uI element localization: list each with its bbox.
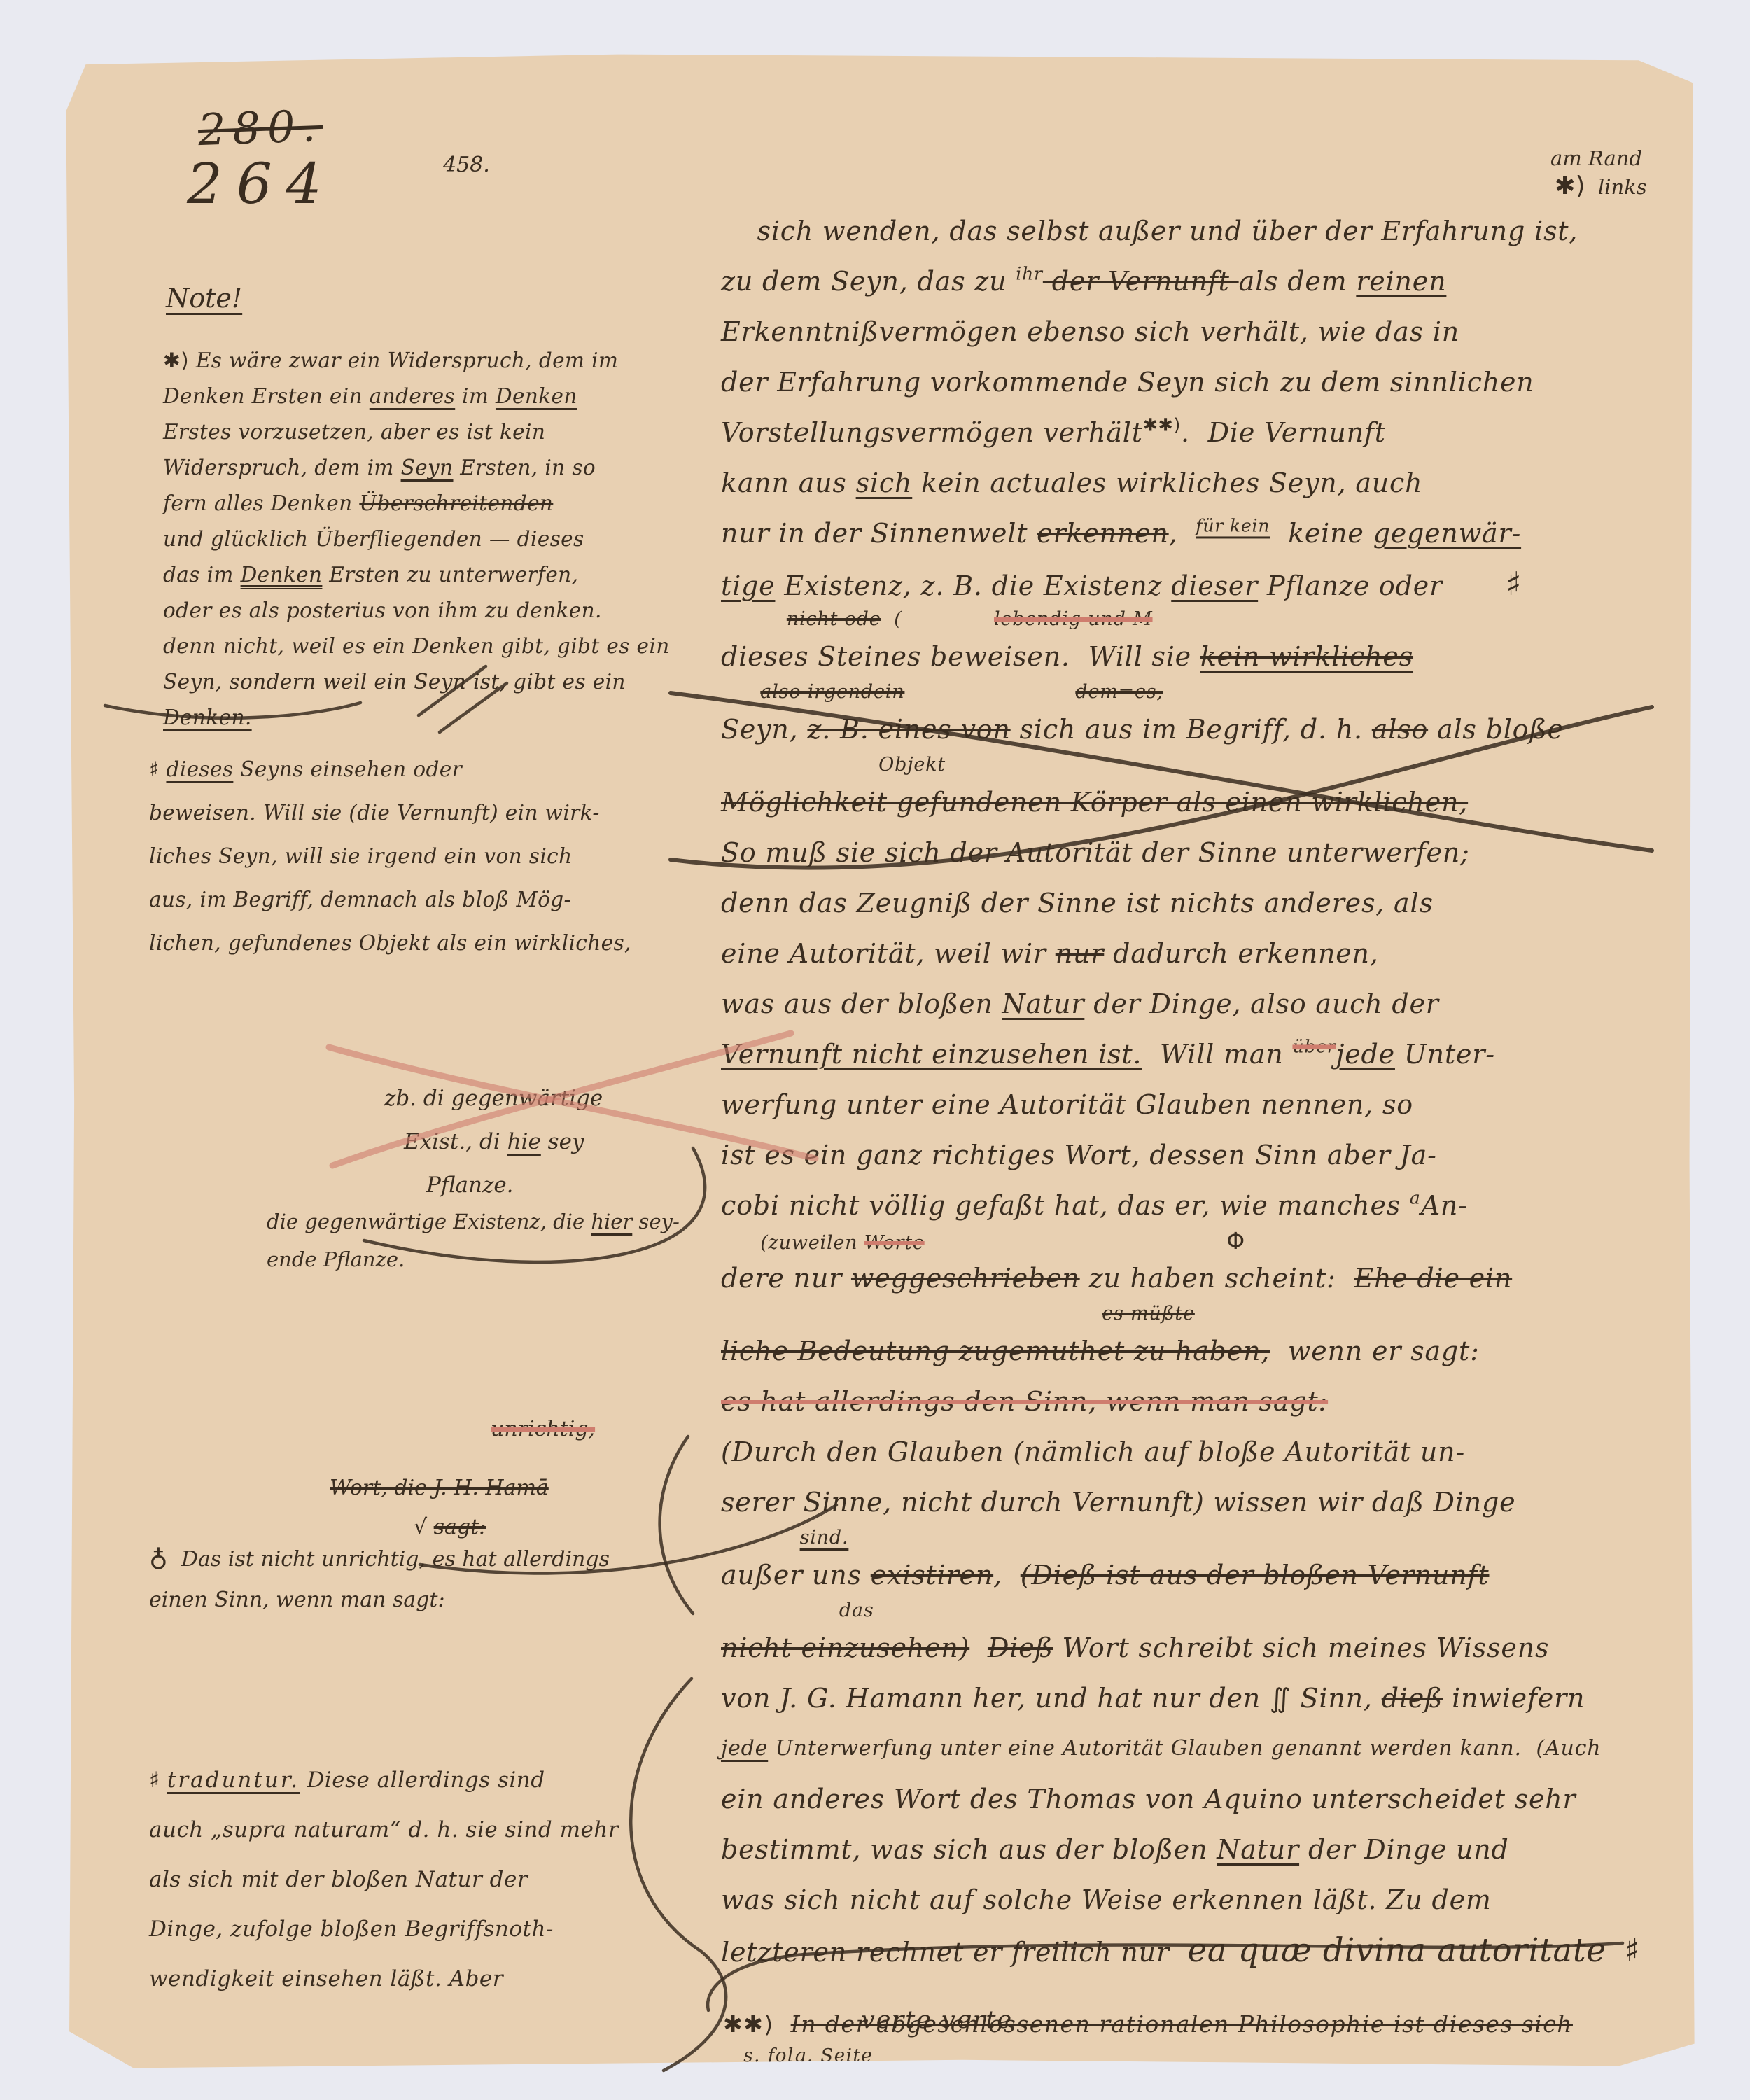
text-segment: gegenwär- (1373, 518, 1522, 549)
text-segment: ein anderes Wort des Thomas von Aquino u… (721, 1784, 1576, 1814)
text-segment: Existenz, z. B. die Existenz (775, 570, 1171, 601)
text-line: auch „supra naturam“ d. h. sie sind mehr (149, 1805, 619, 1855)
text-segment: bestimmt, was sich aus der bloßen (721, 1834, 1217, 1865)
text-segment: ♯ (149, 1767, 167, 1793)
text-segment: Pflanze oder (1258, 570, 1506, 601)
text-segment: sich wenden, das selbst außer und über d… (721, 216, 1578, 246)
text-line: Denken. (163, 700, 670, 736)
text-line: jede Unterwerfung unter eine Autorität G… (721, 1723, 1750, 1774)
archive-number: 458. (443, 153, 490, 177)
margin-sinn-note-block: ♀ Das ist nicht unrichtig, es hat allerd… (149, 1537, 610, 1620)
text-line: Möglichkeit gefundenen Körper als einen … (721, 777, 1750, 827)
margin-existenz-note-block: die gegenwärtige Existenz, die hier sey-… (267, 1203, 680, 1278)
text-segment: links (1585, 175, 1646, 199)
text-segment: z. B. eines von (807, 714, 1010, 745)
text-segment: An- (1421, 1190, 1468, 1221)
text-segment: traduntur. (167, 1767, 300, 1793)
margin-instruction-note: am Rand✱) links (1550, 144, 1647, 201)
text-segment: dem=es, (1075, 681, 1163, 703)
text-line: beweisen. Will sie (die Vernunft) ein wi… (149, 791, 631, 834)
text-segment: es müßte (1102, 1303, 1195, 1324)
text-line: zb. di gegenwärtige (359, 1077, 603, 1120)
text-segment: Denken Ersten ein (163, 384, 370, 408)
text-segment: ✱✱) (723, 2010, 791, 2038)
text-segment: dieser (1171, 570, 1258, 601)
text-segment: tige (721, 570, 775, 601)
text-line: dere nur weggeschrieben zu haben scheint… (721, 1253, 1750, 1303)
text-line: eine Autorität, weil wir nur dadurch erk… (721, 928, 1750, 979)
text-line: oder es als posterius von ihm zu denken. (163, 593, 670, 629)
text-segment: Exist., di (404, 1129, 507, 1154)
text-segment (904, 681, 1075, 703)
text-segment: Unterwerfung unter eine Autorität Glaube… (768, 1736, 1601, 1760)
margin-crossed-note-block: zb. di gegenwärtigeExist., di hie seyPfl… (359, 1077, 603, 1207)
text-segment: von J. G. Hamann her, und hat nur den (721, 1683, 1270, 1714)
text-segment: nicht ode (787, 608, 881, 630)
text-line: cobi nicht völlig gefaßt hat, das er, wi… (721, 1180, 1750, 1231)
text-segment: keine (1270, 518, 1373, 549)
text-segment: denn nicht, weil es ein Denken gibt, gib… (163, 634, 670, 658)
text-segment: sey (541, 1129, 584, 1154)
text-segment: Ehe die ein (1354, 1263, 1512, 1294)
text-segment: dieß (1382, 1683, 1443, 1714)
text-segment: werfung unter eine Autorität Glauben nen… (721, 1089, 1413, 1120)
text-line: Erkenntnißvermögen ebenso sich verhält, … (721, 307, 1750, 357)
text-line: Exist., di hie sey (359, 1120, 603, 1163)
text-line: was aus der bloßen Natur der Dinge, also… (721, 979, 1750, 1029)
text-segment: cobi nicht völlig gefaßt hat, das er, wi… (721, 1190, 1410, 1221)
text-segment: aus, im Begriff, demnach als bloß Mög- (149, 888, 571, 911)
text-line: Seyn, z. B. eines von sich aus im Begrif… (721, 704, 1750, 755)
text-segment: ist es ein ganz richtiges Wort, dessen S… (721, 1140, 1437, 1170)
text-segment: Natur (1002, 988, 1085, 1019)
text-line: letzteren rechnet er freilich nur ea quæ… (721, 1925, 1750, 1975)
text-segment: als bloße (1428, 714, 1564, 745)
text-line: wendigkeit einsehen läßt. Aber (149, 1954, 619, 2004)
text-segment: der Dinge, also auch der (1084, 988, 1438, 1019)
text-segment: (Durch den Glauben (nämlich auf bloße Au… (721, 1436, 1465, 1467)
text-segment: ✱) (163, 349, 196, 372)
text-segment: sagt: (434, 1515, 486, 1539)
text-segment: Worte (864, 1232, 925, 1254)
text-line: Seyn, sondern weil ein Seyn ist, gibt es… (163, 664, 670, 700)
text-segment: Φ (1226, 1227, 1245, 1254)
text-line: von J. G. Hamann her, und hat nur den ∬ … (721, 1673, 1750, 1723)
text-segment: So muß sie sich der Autorität der Sinne … (721, 837, 1470, 868)
text-segment: hie (507, 1129, 541, 1154)
text-line: es hat allerdings den Sinn, wenn man sag… (721, 1376, 1750, 1427)
manuscript-page: 280. 264 458. am Rand✱) links Note! ✱) E… (59, 46, 1701, 2076)
page-number: 264 (187, 151, 336, 216)
margin-footnote-block: ✱) Es wäre zwar ein Widerspruch, dem imD… (163, 343, 670, 736)
text-segment: ende Pflanze. (267, 1247, 405, 1271)
text-segment: , (993, 1560, 1021, 1590)
text-segment: zb. di gegenwärtige (384, 1086, 603, 1111)
text-segment (1606, 1937, 1625, 1968)
text-segment: ✱✱) (1143, 400, 1181, 450)
text-segment: eine Autorität, weil wir (721, 938, 1056, 969)
margin-unrichtig-note: unrichtig, (491, 1417, 595, 1441)
text-line: ✱) links (1550, 172, 1647, 201)
text-line: ende Pflanze. (267, 1240, 680, 1278)
text-line: sich wenden, das selbst außer und über d… (721, 206, 1750, 256)
text-line: das im Denken Ersten zu unterwerfen, (163, 557, 670, 593)
text-segment: kann aus (721, 468, 856, 498)
text-line: das (721, 1600, 1750, 1623)
text-segment: inwiefern (1443, 1683, 1585, 1714)
text-segment: Wort schreibt sich meines Wissens (1053, 1632, 1550, 1663)
text-segment: Vorstellungsvermögen verhält (721, 417, 1143, 448)
text-segment: Ersten, in so (454, 456, 596, 479)
text-line: Vorstellungsvermögen verhält✱✱). Die Ver… (721, 407, 1750, 458)
text-segment: also irgendein (760, 681, 904, 703)
text-line: der Erfahrung vorkommende Seyn sich zu d… (721, 357, 1750, 407)
text-line: zu dem Seyn, das zu ihr der Vernunft als… (721, 256, 1750, 307)
text-line: serer Sinne, nicht durch Vernunft) wisse… (721, 1477, 1750, 1527)
text-line: ein anderes Wort des Thomas von Aquino u… (721, 1774, 1750, 1824)
text-segment: auch „supra naturam“ d. h. sie sind mehr (149, 1817, 619, 1842)
text-segment (721, 1527, 800, 1548)
text-segment: kein wirkliches (1200, 641, 1413, 672)
text-segment: Denken (241, 563, 323, 587)
text-segment: wenn er sagt: (1270, 1336, 1480, 1366)
text-segment: sich (856, 468, 913, 498)
text-segment: was aus der bloßen (721, 988, 1002, 1019)
text-segment: der Erfahrung vorkommende Seyn sich zu d… (721, 367, 1534, 398)
text-segment: Widerspruch, dem im (163, 456, 401, 479)
text-segment: weggeschrieben (851, 1263, 1080, 1294)
text-line: ist es ein ganz richtiges Wort, dessen S… (721, 1130, 1750, 1180)
text-segment: was sich nicht auf solche Weise erkennen… (721, 1884, 1492, 1915)
text-segment: lichen, gefundenes Objekt als ein wirkli… (149, 931, 631, 955)
text-segment: Möglichkeit gefundenen Körper als einen … (721, 787, 1468, 818)
text-segment: einen Sinn, wenn man sagt: (149, 1588, 445, 1612)
margin-hamann-struck-note: Wort, die J. H. Hamā√ sagt: (330, 1469, 549, 1547)
text-segment: der Dinge und (1299, 1834, 1509, 1865)
text-segment: und glücklich Überfliegenden — dieses (163, 527, 584, 551)
text-segment: erkennen (1037, 518, 1168, 549)
text-segment: (zuweilen (721, 1232, 864, 1254)
text-segment: die gegenwärtige Existenz, die (267, 1210, 591, 1233)
text-segment: Das ist nicht unrichtig, es hat allerdin… (168, 1547, 610, 1571)
text-segment: ( (881, 608, 994, 630)
text-line: ♀ Das ist nicht unrichtig, es hat allerd… (149, 1537, 610, 1580)
text-segment: unrichtig, (491, 1417, 595, 1441)
text-segment (721, 681, 760, 703)
text-segment: dieses Steines beweisen. Will sie (721, 641, 1200, 672)
text-line: ✱) Es wäre zwar ein Widerspruch, dem im (163, 343, 670, 379)
text-line: denn das Zeugniß der Sinne ist nichts an… (721, 878, 1750, 928)
text-segment: Objekt (721, 754, 946, 776)
text-segment: für kein (1196, 500, 1270, 551)
text-line: also irgendein dem=es, (721, 682, 1750, 704)
text-line: Denken Ersten ein anderes im Denken (163, 379, 670, 414)
text-segment: Denken. (163, 706, 252, 729)
text-segment: das im (163, 563, 241, 587)
text-line: nicht ode ( lebendig und M (721, 609, 1750, 631)
text-line: Pflanze. (359, 1163, 603, 1207)
text-line: bestimmt, was sich aus der bloßen Natur … (721, 1824, 1750, 1875)
text-line: Dinge, zufolge bloßen Begriffsnoth- (149, 1905, 619, 1954)
text-line: Widerspruch, dem im Seyn Ersten, in so (163, 450, 670, 486)
text-line: als sich mit der bloßen Natur der (149, 1855, 619, 1905)
text-segment: Es wäre zwar ein Widerspruch, dem im (196, 349, 619, 372)
text-segment: serer Sinne, nicht durch Vernunft) wisse… (721, 1487, 1515, 1518)
text-segment: Dieß (988, 1632, 1053, 1663)
scan-background: { "colors": { "ink": "#3a2d20", "red": "… (0, 0, 1750, 2100)
text-segment: ♀ (149, 1539, 168, 1579)
text-segment: existiren (871, 1560, 993, 1590)
text-segment (721, 1303, 1102, 1324)
text-segment: wendigkeit einsehen läßt. Aber (149, 1966, 503, 1991)
text-line: Wort, die J. H. Hamā (330, 1469, 549, 1508)
text-line: nicht einzusehen) Dieß Wort schreibt sic… (721, 1623, 1750, 1673)
text-line: Erstes vorzusetzen, aber es ist kein (163, 414, 670, 450)
text-segment: jede (721, 1736, 768, 1760)
text-segment: Seyn, sondern weil ein Seyn ist, gibt es… (163, 670, 626, 694)
text-segment: Wort, die J. H. Hamā (330, 1476, 549, 1500)
text-segment: hier (591, 1210, 632, 1233)
old-page-number: 280. (197, 100, 323, 155)
note-heading: Note! (166, 283, 242, 314)
text-line: werfung unter eine Autorität Glauben nen… (721, 1079, 1750, 1130)
text-segment: jede (1336, 1039, 1395, 1070)
text-segment: Pflanze. (426, 1172, 514, 1198)
text-segment: über (1292, 1021, 1336, 1072)
text-segment: lebendig und M (994, 608, 1153, 630)
text-segment: liche Bedeutung zugemuthet zu haben, (721, 1336, 1270, 1366)
text-segment: beweisen. Will sie (die Vernunft) ein wi… (149, 801, 600, 825)
text-segment: nur in der Sinnenwelt (721, 518, 1037, 549)
text-segment: zu dem Seyn, das zu (721, 266, 1016, 297)
text-segment: das (721, 1599, 874, 1621)
text-line: unrichtig, (491, 1417, 595, 1441)
margin-seyn-note-block: ♯ dieses Seyns einsehen oderbeweisen. Wi… (149, 748, 631, 965)
footnote-footer-block: ✱✱) In der abgeschlossenen rationalen Ph… (723, 2005, 1573, 2072)
text-segment: sind. (800, 1527, 849, 1548)
text-segment: Seyn (401, 456, 454, 479)
text-segment: Unter- (1395, 1039, 1495, 1070)
text-line: fern alles Denken Überschreitenden (163, 486, 670, 521)
text-segment: In der abgeschlossenen rationalen Philos… (791, 2010, 1573, 2038)
text-line: Vernunft nicht einzusehen ist. Will man … (721, 1029, 1750, 1079)
text-segment: Denken (496, 384, 577, 408)
text-segment: der Vernunft (1043, 266, 1239, 297)
text-segment: . Die Vernunft (1181, 417, 1386, 448)
text-segment: anderes (370, 384, 455, 408)
text-segment: im (455, 384, 496, 408)
text-line: ♯ dieses Seyns einsehen oder (149, 748, 631, 791)
text-segment (925, 1232, 1227, 1254)
text-line: (zuweilen Worte Φ (721, 1231, 1750, 1253)
text-segment: ✱) (1555, 171, 1585, 200)
text-segment: Diese allerdings sind (300, 1767, 545, 1793)
text-segment: sey- (632, 1210, 679, 1233)
text-segment: am Rand (1550, 146, 1642, 170)
text-segment: dadurch erkennen, (1104, 938, 1378, 969)
text-line: (Durch den Glauben (nämlich auf bloße Au… (721, 1427, 1750, 1477)
text-segment: Will man (1142, 1039, 1292, 1070)
text-line: tige Existenz, z. B. die Existenz dieser… (721, 559, 1750, 609)
text-segment: liches Seyn, will sie irgend ein von sic… (149, 844, 573, 868)
text-segment: ♯ (149, 757, 166, 781)
text-segment: als sich mit der bloßen Natur der (149, 1867, 528, 1892)
text-segment: denn das Zeugniß der Sinne ist nichts an… (721, 888, 1434, 918)
text-line: die gegenwärtige Existenz, die hier sey- (267, 1203, 680, 1240)
text-segment (969, 1632, 988, 1663)
text-segment: zu haben scheint: (1080, 1263, 1354, 1294)
text-line: ✱✱) In der abgeschlossenen rationalen Ph… (723, 2005, 1573, 2044)
text-segment: nicht einzusehen) (721, 1632, 969, 1663)
text-segment: a (1410, 1172, 1421, 1223)
text-segment: Seyn, (721, 714, 807, 745)
text-line: denn nicht, weil es ein Denken gibt, gib… (163, 629, 670, 664)
text-segment: ∬ (1270, 1683, 1291, 1714)
text-segment: reinen (1356, 266, 1446, 297)
text-segment: dieses (166, 757, 233, 781)
text-segment (721, 608, 787, 630)
text-line: einen Sinn, wenn man sagt: (149, 1580, 610, 1620)
text-segment: nur (1056, 938, 1105, 969)
text-segment: also (1372, 714, 1428, 745)
text-segment: ♯ (1506, 565, 1522, 603)
text-segment: ihr (1016, 248, 1043, 299)
text-line: liches Seyn, will sie irgend ein von sic… (149, 834, 631, 878)
text-segment: kein actuales wirkliches Seyn, auch (912, 468, 1422, 498)
text-segment: , (1169, 518, 1196, 549)
margin-traduntur-note-block: ♯ traduntur. Diese allerdings sindauch „… (149, 1756, 619, 2004)
text-segment: Vernunft nicht einzusehen ist. (721, 1039, 1142, 1070)
text-segment: Seyns einsehen oder (233, 757, 462, 781)
text-segment: ea quæ divina autoritate (1188, 1931, 1606, 1969)
text-segment: s. folg. Seite (723, 2045, 873, 2066)
text-line: außer uns existiren, (Dieß ist aus der b… (721, 1550, 1750, 1600)
text-line: ♯ traduntur. Diese allerdings sind (149, 1756, 619, 1805)
text-segment: √ (414, 1515, 434, 1539)
text-line: So muß sie sich der Autorität der Sinne … (721, 827, 1750, 878)
text-segment: Ersten zu unterwerfen, (322, 563, 578, 587)
text-segment: Dinge, zufolge bloßen Begriffsnoth- (149, 1917, 554, 1942)
text-segment: Erstes vorzusetzen, aber es ist kein (163, 420, 545, 444)
text-line: es müßte (721, 1303, 1750, 1326)
text-segment: sich aus im Begriff, d. h. (1011, 714, 1372, 745)
text-segment: außer uns (721, 1560, 871, 1590)
text-segment: es hat allerdings den Sinn, wenn man sag… (721, 1386, 1328, 1417)
text-line: am Rand (1550, 144, 1647, 172)
text-line: nur in der Sinnenwelt erkennen, für kein… (721, 508, 1750, 559)
text-segment: letzteren rechnet er freilich nur (721, 1937, 1188, 1968)
text-segment: Natur (1217, 1834, 1299, 1865)
text-segment: fern alles Denken (163, 491, 359, 515)
text-line: s. folg. Seite (723, 2044, 1573, 2072)
text-line: dieses Steines beweisen. Will sie kein w… (721, 631, 1750, 682)
text-line: Objekt (721, 755, 1750, 777)
text-segment: oder es als posterius von ihm zu denken. (163, 598, 602, 622)
text-line: lichen, gefundenes Objekt als ein wirkli… (149, 921, 631, 965)
text-segment: Erkenntnißvermögen ebenso sich verhält, … (721, 316, 1459, 347)
text-segment: ♯ (1624, 1931, 1640, 1969)
text-segment: (Dieß ist aus der bloßen Vernunft (1021, 1560, 1490, 1590)
text-line: und glücklich Überfliegenden — dieses (163, 521, 670, 557)
text-line: liche Bedeutung zugemuthet zu haben, wen… (721, 1326, 1750, 1376)
text-line: aus, im Begriff, demnach als bloß Mög- (149, 878, 631, 921)
text-segment: Sinn, (1291, 1683, 1382, 1714)
text-line: was sich nicht auf solche Weise erkennen… (721, 1875, 1750, 1925)
text-segment: Überschreitenden (359, 491, 553, 515)
main-text-block: sich wenden, das selbst außer und über d… (721, 206, 1750, 1975)
text-segment: als dem (1239, 266, 1357, 297)
text-segment: dere nur (721, 1263, 851, 1294)
text-line: sind. (721, 1527, 1750, 1550)
